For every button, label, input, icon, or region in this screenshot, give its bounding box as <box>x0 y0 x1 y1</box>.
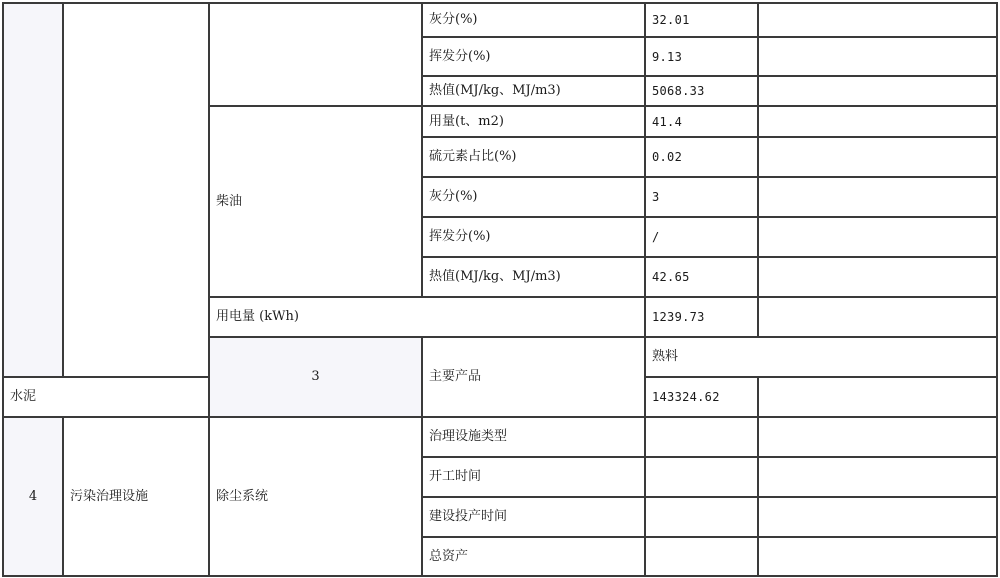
facility-label: 开工时间 <box>422 457 645 497</box>
item-label: 热值(MJ/kg、MJ/m3) <box>422 257 645 297</box>
category-cell: 污染治理设施 <box>63 417 209 576</box>
facility-note[interactable] <box>758 457 997 497</box>
facility-label: 建设投产时间 <box>422 497 645 537</box>
facility-note[interactable] <box>758 417 997 457</box>
item-note[interactable] <box>758 217 997 257</box>
facility-note[interactable] <box>758 537 997 576</box>
item-label: 挥发分(%) <box>422 37 645 76</box>
item-value[interactable]: 9.13 <box>645 37 758 76</box>
item-note[interactable] <box>758 257 997 297</box>
index-cell: 3 <box>209 337 422 417</box>
system-name-cell: 除尘系统 <box>209 417 422 576</box>
item-note[interactable] <box>758 37 997 76</box>
item-value[interactable]: 3 <box>645 177 758 217</box>
table-row: 4 污染治理设施 除尘系统 治理设施类型 <box>3 417 997 457</box>
product-label: 水泥 <box>3 377 209 417</box>
facility-value[interactable] <box>645 537 758 576</box>
item-note[interactable] <box>758 76 997 106</box>
facility-value[interactable] <box>645 417 758 457</box>
item-value[interactable]: 32.01 <box>645 3 758 37</box>
category-cell <box>63 3 209 377</box>
product-label: 熟料 <box>645 337 997 377</box>
data-table-container: 灰分(%) 32.01 挥发分(%) 9.13 热值(MJ/kg、MJ/m3) … <box>2 2 996 576</box>
item-value[interactable]: 41.4 <box>645 106 758 137</box>
electricity-label: 用电量 (kWh) <box>209 297 645 337</box>
item-label: 硫元素占比(%) <box>422 137 645 177</box>
item-label: 挥发分(%) <box>422 217 645 257</box>
facility-label: 总资产 <box>422 537 645 576</box>
facility-note[interactable] <box>758 497 997 537</box>
item-note[interactable] <box>758 106 997 137</box>
item-note[interactable] <box>758 137 997 177</box>
item-value[interactable]: 0.02 <box>645 137 758 177</box>
item-value[interactable]: 5068.33 <box>645 76 758 106</box>
fuel-name-cell-diesel: 柴油 <box>209 106 422 297</box>
item-label: 热值(MJ/kg、MJ/m3) <box>422 76 645 106</box>
item-label: 用量(t、m2) <box>422 106 645 137</box>
product-note[interactable] <box>758 377 997 417</box>
electricity-note[interactable] <box>758 297 997 337</box>
fuel-name-cell <box>209 3 422 106</box>
product-value[interactable]: 143324.62 <box>645 377 758 417</box>
category-cell: 主要产品 <box>422 337 645 417</box>
item-note[interactable] <box>758 3 997 37</box>
item-note[interactable] <box>758 177 997 217</box>
electricity-value[interactable]: 1239.73 <box>645 297 758 337</box>
item-value[interactable]: 42.65 <box>645 257 758 297</box>
facility-label: 治理设施类型 <box>422 417 645 457</box>
index-cell <box>3 3 63 377</box>
item-label: 灰分(%) <box>422 3 645 37</box>
item-label: 灰分(%) <box>422 177 645 217</box>
item-value[interactable]: / <box>645 217 758 257</box>
table-row: 灰分(%) 32.01 <box>3 3 997 37</box>
facility-value[interactable] <box>645 457 758 497</box>
enterprise-data-table: 灰分(%) 32.01 挥发分(%) 9.13 热值(MJ/kg、MJ/m3) … <box>2 2 998 577</box>
index-cell: 4 <box>3 417 63 576</box>
facility-value[interactable] <box>645 497 758 537</box>
